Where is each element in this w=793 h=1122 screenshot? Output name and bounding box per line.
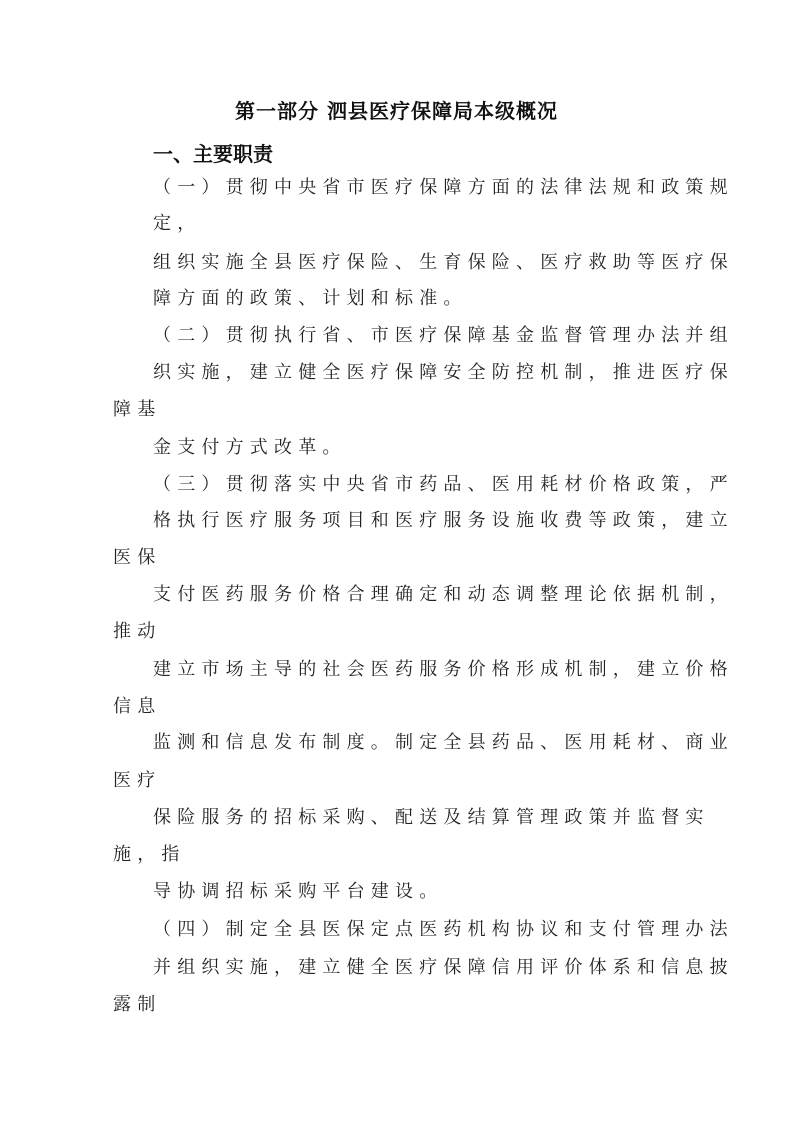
body-line-wrap: 医疗: [113, 769, 161, 793]
body-line: 保险服务的招标采购、配送及结算管理政策并监督实: [153, 806, 710, 830]
body-line: （三）贯彻落实中央省市药品、医用耗材价格政策，严: [153, 473, 734, 497]
body-line: 组织实施全县医疗保险、生育保险、医疗救助等医疗保: [153, 251, 734, 275]
body-line-wrap: 信息: [113, 695, 161, 719]
body-line-wrap: 露制: [113, 993, 161, 1017]
body-line: 障方面的政策、计划和标准。: [153, 287, 468, 311]
body-line-wrap: 障基: [113, 398, 161, 422]
page-title: 第一部分 泗县医疗保障局本级概况: [0, 95, 793, 124]
body-line: （一）贯彻中央省市医疗保障方面的法律法规和政策规: [153, 176, 734, 200]
body-line-wrap: 医保: [113, 546, 161, 570]
body-line: 格执行医疗服务项目和医疗服务设施收费等政策，建立: [153, 509, 734, 533]
body-line: （二）贯彻执行省、市医疗保障基金监督管理办法并组: [153, 324, 734, 348]
body-line: 支付医药服务价格合理确定和动态调整理论依据机制，: [153, 583, 734, 607]
body-line: （四）制定全县医保定点医药机构协议和支付管理办法: [153, 918, 734, 942]
body-line: 织实施，建立健全医疗保障安全防控机制，推进医疗保: [153, 361, 734, 385]
section-heading: 一、主要职责: [153, 138, 273, 167]
body-line-wrap: 施，指: [113, 843, 186, 867]
body-line: 并组织实施，建立健全医疗保障信用评价体系和信息披: [153, 956, 734, 980]
body-line-wrap: 推动: [113, 620, 161, 644]
body-line: 定，: [153, 212, 201, 236]
body-line: 金支付方式改革。: [153, 436, 347, 460]
body-line: 建立市场主导的社会医药服务价格形成机制，建立价格: [153, 658, 734, 682]
document-page: 第一部分 泗县医疗保障局本级概况 一、主要职责 （一）贯彻中央省市医疗保障方面的…: [0, 0, 793, 1122]
body-line: 导协调招标采购平台建设。: [153, 880, 443, 904]
body-line: 监测和信息发布制度。制定全县药品、医用耗材、商业: [153, 731, 734, 755]
